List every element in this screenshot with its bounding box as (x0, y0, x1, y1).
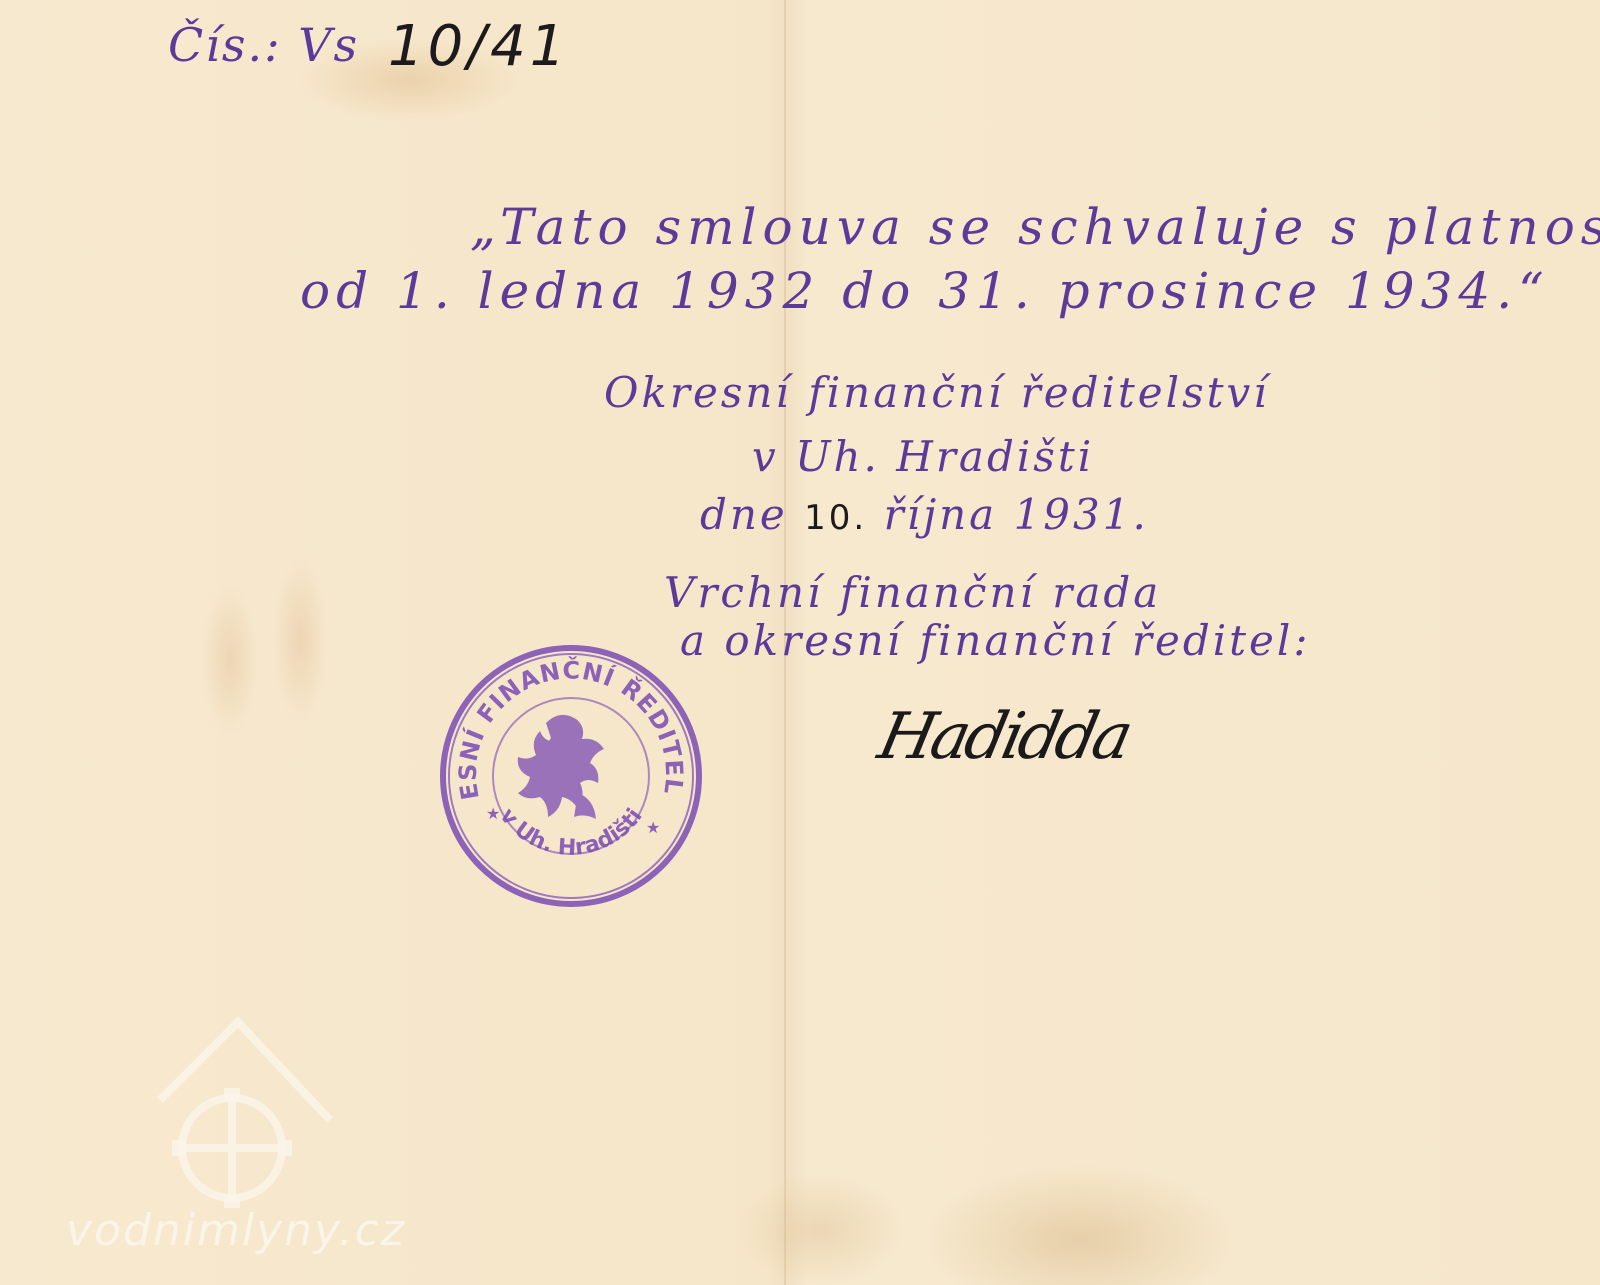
watermark-text: vodnimlyny.cz (66, 1205, 406, 1256)
approval-line-1: „Tato smlouva se schvaluje s platností (470, 198, 1600, 256)
lion-emblem-icon (518, 715, 604, 819)
authority-name: Okresní finanční ředitelství (604, 368, 1270, 417)
official-seal-stamp: OKRESNÍ FINANČNÍ ŘEDITELSTVÍ v Uh. Hradi… (438, 643, 704, 909)
seal-star-icon: ★ (646, 818, 660, 837)
date-prefix: dne (700, 490, 788, 539)
date-rest: října 1931. (884, 490, 1149, 539)
authority-location: v Uh. Hradišti (752, 432, 1094, 481)
reference-number: 10/41 (388, 14, 569, 79)
reference-prefix: Čís.: Vs (168, 18, 359, 72)
signatory-title-1: Vrchní finanční rada (664, 568, 1161, 617)
svg-text:v Uh. Hradišti: v Uh. Hradišti (494, 804, 647, 861)
authority-date: dne 10. října 1931. (700, 490, 1149, 539)
signatory-title-2: a okresní finanční ředitel: (680, 616, 1311, 665)
date-day: 10. (804, 498, 867, 538)
seal-star-icon: ★ (486, 804, 500, 823)
seal-text-bottom: v Uh. Hradišti (494, 804, 647, 861)
approval-line-2: od 1. ledna 1932 do 31. prosince 1934.“ (300, 262, 1550, 320)
signature: Hadidda (872, 700, 1135, 774)
